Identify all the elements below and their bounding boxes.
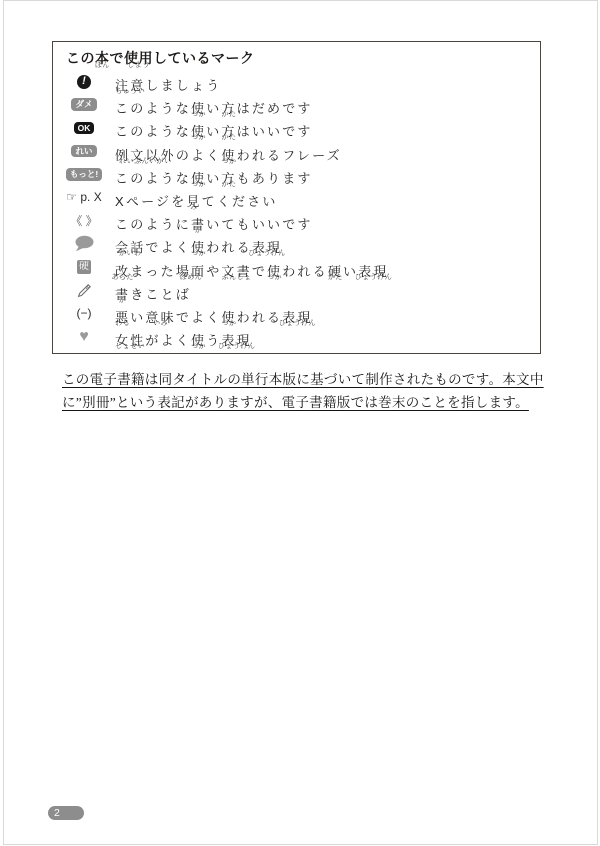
furigana: ぶんしょ bbox=[222, 274, 252, 281]
text-segment: 使つか bbox=[191, 237, 206, 256]
text-segment: い bbox=[130, 307, 145, 326]
legend-item-icon-cell: (−) bbox=[53, 305, 115, 322]
legend-item-icon-cell bbox=[53, 235, 115, 252]
furigana: つか bbox=[222, 320, 237, 327]
ebook-page: この本ほんで使用しようしているマーク !注意ちゅういしましょうダメこのような使つ… bbox=[0, 0, 600, 846]
text-segment: 使つか bbox=[221, 307, 236, 326]
legend-item-icon-cell: ☞ p. X bbox=[53, 189, 115, 206]
text-segment: 使つか bbox=[191, 330, 206, 349]
text-segment: 書か bbox=[115, 284, 130, 303]
legend-item: (−)悪わるい意味いみでよく使つかわれる表現ひょうげん bbox=[53, 305, 540, 328]
text-segment: はいいです bbox=[237, 121, 313, 140]
text-segment: いてもいいです bbox=[206, 214, 312, 233]
edition-note: この電子書籍は同タイトルの単行本版に基づいて制作されたものです。本文中に”別冊”… bbox=[62, 368, 554, 414]
furigana: か bbox=[119, 297, 127, 304]
furigana: ひょうげん bbox=[248, 250, 286, 257]
legend-item-icon-cell bbox=[53, 282, 115, 299]
text-segment: がよく bbox=[145, 330, 191, 349]
text-segment: 改あらた bbox=[115, 261, 130, 280]
legend-item: OKこのような使つかい方かたはいいです bbox=[53, 119, 540, 142]
furigana: いみ bbox=[153, 320, 168, 327]
text-segment: 使つか bbox=[191, 168, 206, 187]
text-segment: 方かた bbox=[221, 98, 236, 117]
furigana: か bbox=[195, 227, 203, 234]
text-segment: はだめです bbox=[237, 98, 313, 117]
legend-item-text: 改あらたまった場面ばめんや文書ぶんしょで使つかわれる硬かたい表現ひょうげん bbox=[115, 259, 389, 280]
legend-item-icon-cell: ! bbox=[53, 73, 115, 90]
text-segment: 文書ぶんしょ bbox=[221, 261, 251, 280]
text-segment: 意味いみ bbox=[145, 307, 175, 326]
furigana: しよう bbox=[127, 62, 150, 69]
double-angle-brackets-icon: 《 》 bbox=[70, 212, 97, 229]
furigana: つか bbox=[191, 111, 206, 118]
furigana: ひょうげん bbox=[355, 274, 393, 281]
legend-item: ♥女性じょせいがよく使つかう表現ひょうげん bbox=[53, 328, 540, 351]
text-segment: このような bbox=[115, 121, 191, 140]
speech-bubble-icon bbox=[74, 235, 94, 252]
legend-item: !注意ちゅういしましょう bbox=[53, 73, 540, 96]
legend-item: ダメこのような使つかい方かたはだめです bbox=[53, 96, 540, 119]
legend-item-icon-cell: OK bbox=[53, 119, 115, 136]
furigana: み bbox=[190, 204, 198, 211]
text-segment: 表現ひょうげん bbox=[221, 330, 251, 349]
legend-item: れい例文以外れいぶんいがいのよく使つかわれるフレーズ bbox=[53, 143, 540, 166]
text-segment: 場面ばめん bbox=[176, 261, 206, 280]
furigana: ほん bbox=[95, 62, 110, 69]
note-line: この電子書籍は同タイトルの単行本版に基づいて制作されたものです。本文中 bbox=[62, 368, 554, 391]
text-segment: 使つか bbox=[191, 98, 206, 117]
legend-item-text: 女性じょせいがよく使つかう表現ひょうげん bbox=[115, 328, 252, 349]
text-segment: 本ほん bbox=[95, 48, 110, 68]
furigana: ちゅうい bbox=[115, 88, 145, 95]
furigana: かた bbox=[222, 134, 237, 141]
legend-item-text: 悪わるい意味いみでよく使つかわれる表現ひょうげん bbox=[115, 305, 313, 326]
text-segment: のよく bbox=[176, 145, 222, 164]
text-segment: 女性じょせい bbox=[115, 330, 145, 349]
text-segment: い bbox=[206, 168, 221, 187]
page-number-badge: 2 bbox=[48, 806, 84, 820]
text-segment: で bbox=[252, 261, 267, 280]
text-segment: で bbox=[110, 48, 125, 68]
furigana: つか bbox=[191, 343, 206, 350]
legend-item-text: 書かきことば bbox=[115, 282, 191, 303]
pencil-icon bbox=[77, 283, 92, 298]
text-segment: い bbox=[206, 98, 221, 117]
text-segment: でよく bbox=[145, 237, 191, 256]
text-segment: このような bbox=[115, 168, 191, 187]
legend-item-text: 会話かいわでよく使つかわれる表現ひょうげん bbox=[115, 235, 282, 256]
text-segment: でよく bbox=[176, 307, 222, 326]
furigana: ひょうげん bbox=[218, 343, 256, 350]
legend-item-text: このような使つかい方かたはだめです bbox=[115, 96, 313, 117]
furigana: れいぶんいがい bbox=[119, 158, 172, 165]
text-segment: 方かた bbox=[221, 121, 236, 140]
legend-item-icon-cell: れい bbox=[53, 143, 115, 160]
warning-icon: ! bbox=[77, 75, 91, 89]
legend-item: 硬改あらたまった場面ばめんや文書ぶんしょで使つかわれる硬かたい表現ひょうげん bbox=[53, 259, 540, 282]
furigana: つか bbox=[191, 250, 206, 257]
text-segment: 硬かた bbox=[328, 261, 343, 280]
text-segment: しているマーク bbox=[153, 48, 255, 68]
legend-list: !注意ちゅういしましょうダメこのような使つかい方かたはだめですOKこのような使つ… bbox=[53, 73, 540, 351]
legend-item-text: このような使つかい方かたはいいです bbox=[115, 119, 313, 140]
text-segment: もあります bbox=[237, 168, 313, 187]
legend-item-text: このように書かいてもいいです bbox=[115, 212, 313, 233]
furigana: ばめん bbox=[180, 274, 203, 281]
furigana: つか bbox=[191, 134, 206, 141]
furigana: かた bbox=[222, 181, 237, 188]
text-segment: 見み bbox=[186, 191, 201, 210]
furigana: つか bbox=[267, 274, 282, 281]
text-segment: まった bbox=[130, 261, 176, 280]
furigana: じょせい bbox=[115, 343, 145, 350]
motto-badge: もっと! bbox=[66, 168, 102, 181]
legend-title: この本ほんで使用しようしているマーク bbox=[66, 48, 255, 68]
text-segment: われる bbox=[206, 237, 252, 256]
text-segment: このように bbox=[115, 214, 191, 233]
legend-item-text: 例文以外れいぶんいがいのよく使つかわれるフレーズ bbox=[115, 143, 342, 164]
legend-item-text: Xページを見みてください bbox=[115, 189, 278, 210]
legend-item-icon-cell: 《 》 bbox=[53, 212, 115, 229]
text-segment: 使用しよう bbox=[124, 48, 153, 68]
legend-item: もっと!このような使つかい方かたもあります bbox=[53, 166, 540, 189]
furigana: かた bbox=[222, 111, 237, 118]
text-segment: 表現ひょうげん bbox=[358, 261, 388, 280]
legend-item-icon-cell: ダメ bbox=[53, 96, 115, 113]
text-segment: 表現ひょうげん bbox=[282, 307, 312, 326]
text-segment: 悪わる bbox=[115, 307, 130, 326]
legend-item-icon-cell: もっと! bbox=[53, 166, 115, 183]
text-segment: 使つか bbox=[191, 121, 206, 140]
furigana: つか bbox=[191, 181, 206, 188]
legend-item: 会話かいわでよく使つかわれる表現ひょうげん bbox=[53, 235, 540, 258]
text-segment: われる bbox=[282, 261, 328, 280]
text-segment: 表現ひょうげん bbox=[252, 237, 282, 256]
legend-item: 《 》このように書かいてもいいです bbox=[53, 212, 540, 235]
furigana: かた bbox=[328, 274, 343, 281]
text-segment: 会話かいわ bbox=[115, 237, 145, 256]
text-segment: 使つか bbox=[267, 261, 282, 280]
page-reference-icon: ☞ p. X bbox=[66, 190, 101, 204]
text-segment: きことば bbox=[130, 284, 191, 303]
text-segment: 使つか bbox=[221, 145, 236, 164]
legend-item: ☞ p. XXページを見みてください bbox=[53, 189, 540, 212]
heart-icon: ♥ bbox=[79, 329, 89, 345]
legend-item-text: このような使つかい方かたもあります bbox=[115, 166, 313, 187]
furigana: ひょうげん bbox=[279, 320, 317, 327]
furigana: わる bbox=[115, 320, 130, 327]
text-segment: い bbox=[206, 121, 221, 140]
text-segment: 方かた bbox=[221, 168, 236, 187]
legend-item-icon-cell: ♥ bbox=[53, 328, 115, 345]
text-segment: や bbox=[206, 261, 221, 280]
text-segment: このような bbox=[115, 98, 191, 117]
furigana: つか bbox=[222, 158, 237, 165]
text-segment: この bbox=[66, 48, 95, 68]
text-segment: われる bbox=[237, 307, 283, 326]
rei-badge: れい bbox=[71, 145, 96, 158]
text-segment: てください bbox=[202, 191, 278, 210]
hard-expression-badge: 硬 bbox=[77, 260, 91, 274]
legend-item-text: 注意ちゅういしましょう bbox=[115, 73, 221, 94]
text-segment: 注意ちゅうい bbox=[115, 75, 145, 94]
ok-badge: OK bbox=[74, 122, 95, 135]
legend-box: この本ほんで使用しようしているマーク !注意ちゅういしましょうダメこのような使つ… bbox=[52, 41, 541, 354]
furigana: かいわ bbox=[119, 250, 142, 257]
legend-item: 書かきことば bbox=[53, 282, 540, 305]
text-segment: 例文以外れいぶんいがい bbox=[115, 145, 176, 164]
page-number: 2 bbox=[54, 807, 60, 819]
note-line: に”別冊”という表記がありますが、電子書籍版では巻末のことを指します。 bbox=[62, 391, 554, 414]
minus-parentheses-icon: (−) bbox=[77, 306, 92, 320]
text-segment: Xページを bbox=[115, 191, 186, 210]
text-segment: しましょう bbox=[145, 75, 221, 94]
legend-item-icon-cell: 硬 bbox=[53, 259, 115, 276]
dame-badge: ダメ bbox=[71, 98, 96, 111]
text-segment: 書か bbox=[191, 214, 206, 233]
text-segment: われるフレーズ bbox=[237, 145, 342, 164]
